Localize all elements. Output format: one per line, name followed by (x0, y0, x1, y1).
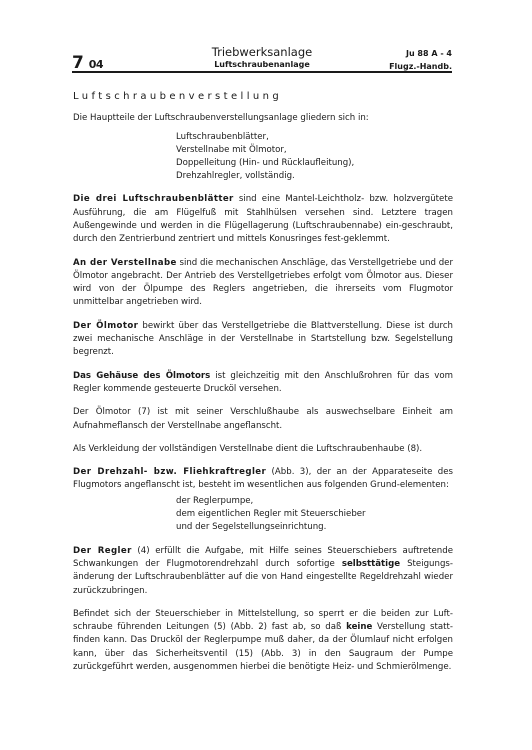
paragraph-blades: Die drei Luftschraubenblätter sind eine … (73, 193, 453, 246)
main-parts-list: Luftschraubenblätter, Verstellnabe mit Ö… (176, 131, 453, 184)
paragraph-hub: An der Verstellnabe sind die mechanische… (73, 257, 453, 310)
page-header: 7 04 Triebwerksanlage Luftschraubenanlag… (72, 45, 452, 71)
bold-lead: Das Gehäuse des Ölmotors (73, 371, 210, 381)
bold-lead: Der Drehzahl- bzw. Fliehkraftregler (73, 467, 266, 477)
paragraph-governor: Der Drehzahl- bzw. Fliehkraftregler (Abb… (73, 466, 453, 493)
list-item: Drehzahlregler, vollständig. (176, 170, 453, 183)
paragraph-housing: Das Gehäuse des Ölmotors ist gleichzeiti… (73, 370, 453, 397)
bold-lead: An der Verstellnabe (73, 258, 177, 268)
paragraph-oil-motor-unit: Der Ölmotor (7) ist mit seiner Verschluß… (73, 406, 453, 433)
aircraft-designation: Ju 88 A - 4 (389, 47, 452, 60)
list-item: Doppelleitung (Hin- und Rücklaufleitung)… (176, 157, 453, 170)
bold-lead: Der Ölmotor (73, 321, 138, 331)
list-item: und der Segelstellungseinrichtung. (176, 521, 453, 534)
paragraph-spinner: Als Verkleidung der vollständigen Verste… (73, 443, 453, 456)
list-item: Luftschraubenblätter, (176, 131, 453, 144)
list-item: der Reglerpumpe, (176, 495, 453, 508)
header-right: Ju 88 A - 4 Flugz.-Handb. (389, 47, 452, 73)
regulator-elements-list: der Reglerpumpe, dem eigentlichen Regler… (176, 495, 453, 535)
page-content: Luftschraubenverstellung Die Hauptteile … (73, 90, 453, 684)
bold-inline: keine (346, 622, 372, 632)
list-item: Verstellnabe mit Ölmotor, (176, 144, 453, 157)
header-rule (72, 71, 452, 73)
paragraph-control-valve: Befindet sich der Steuerschieber in Mitt… (73, 608, 453, 674)
bold-inline: selbsttätige (342, 559, 400, 569)
bold-lead: Der Regler (73, 546, 132, 556)
list-item: dem eigentlichen Regler mit Steuerschieb… (176, 508, 453, 521)
paragraph-regulator: Der Regler (4) erfüllt die Aufgabe, mit … (73, 545, 453, 598)
intro-paragraph: Die Hauptteile der Luftschraubenverstell… (73, 112, 453, 125)
document-page: 7 04 Triebwerksanlage Luftschraubenanlag… (0, 0, 532, 750)
bold-lead: Die drei Luftschraubenblätter (73, 194, 234, 204)
section-title: Luftschraubenverstellung (73, 90, 453, 103)
paragraph-oil-motor: Der Ölmotor bewirkt über das Verstellget… (73, 320, 453, 360)
